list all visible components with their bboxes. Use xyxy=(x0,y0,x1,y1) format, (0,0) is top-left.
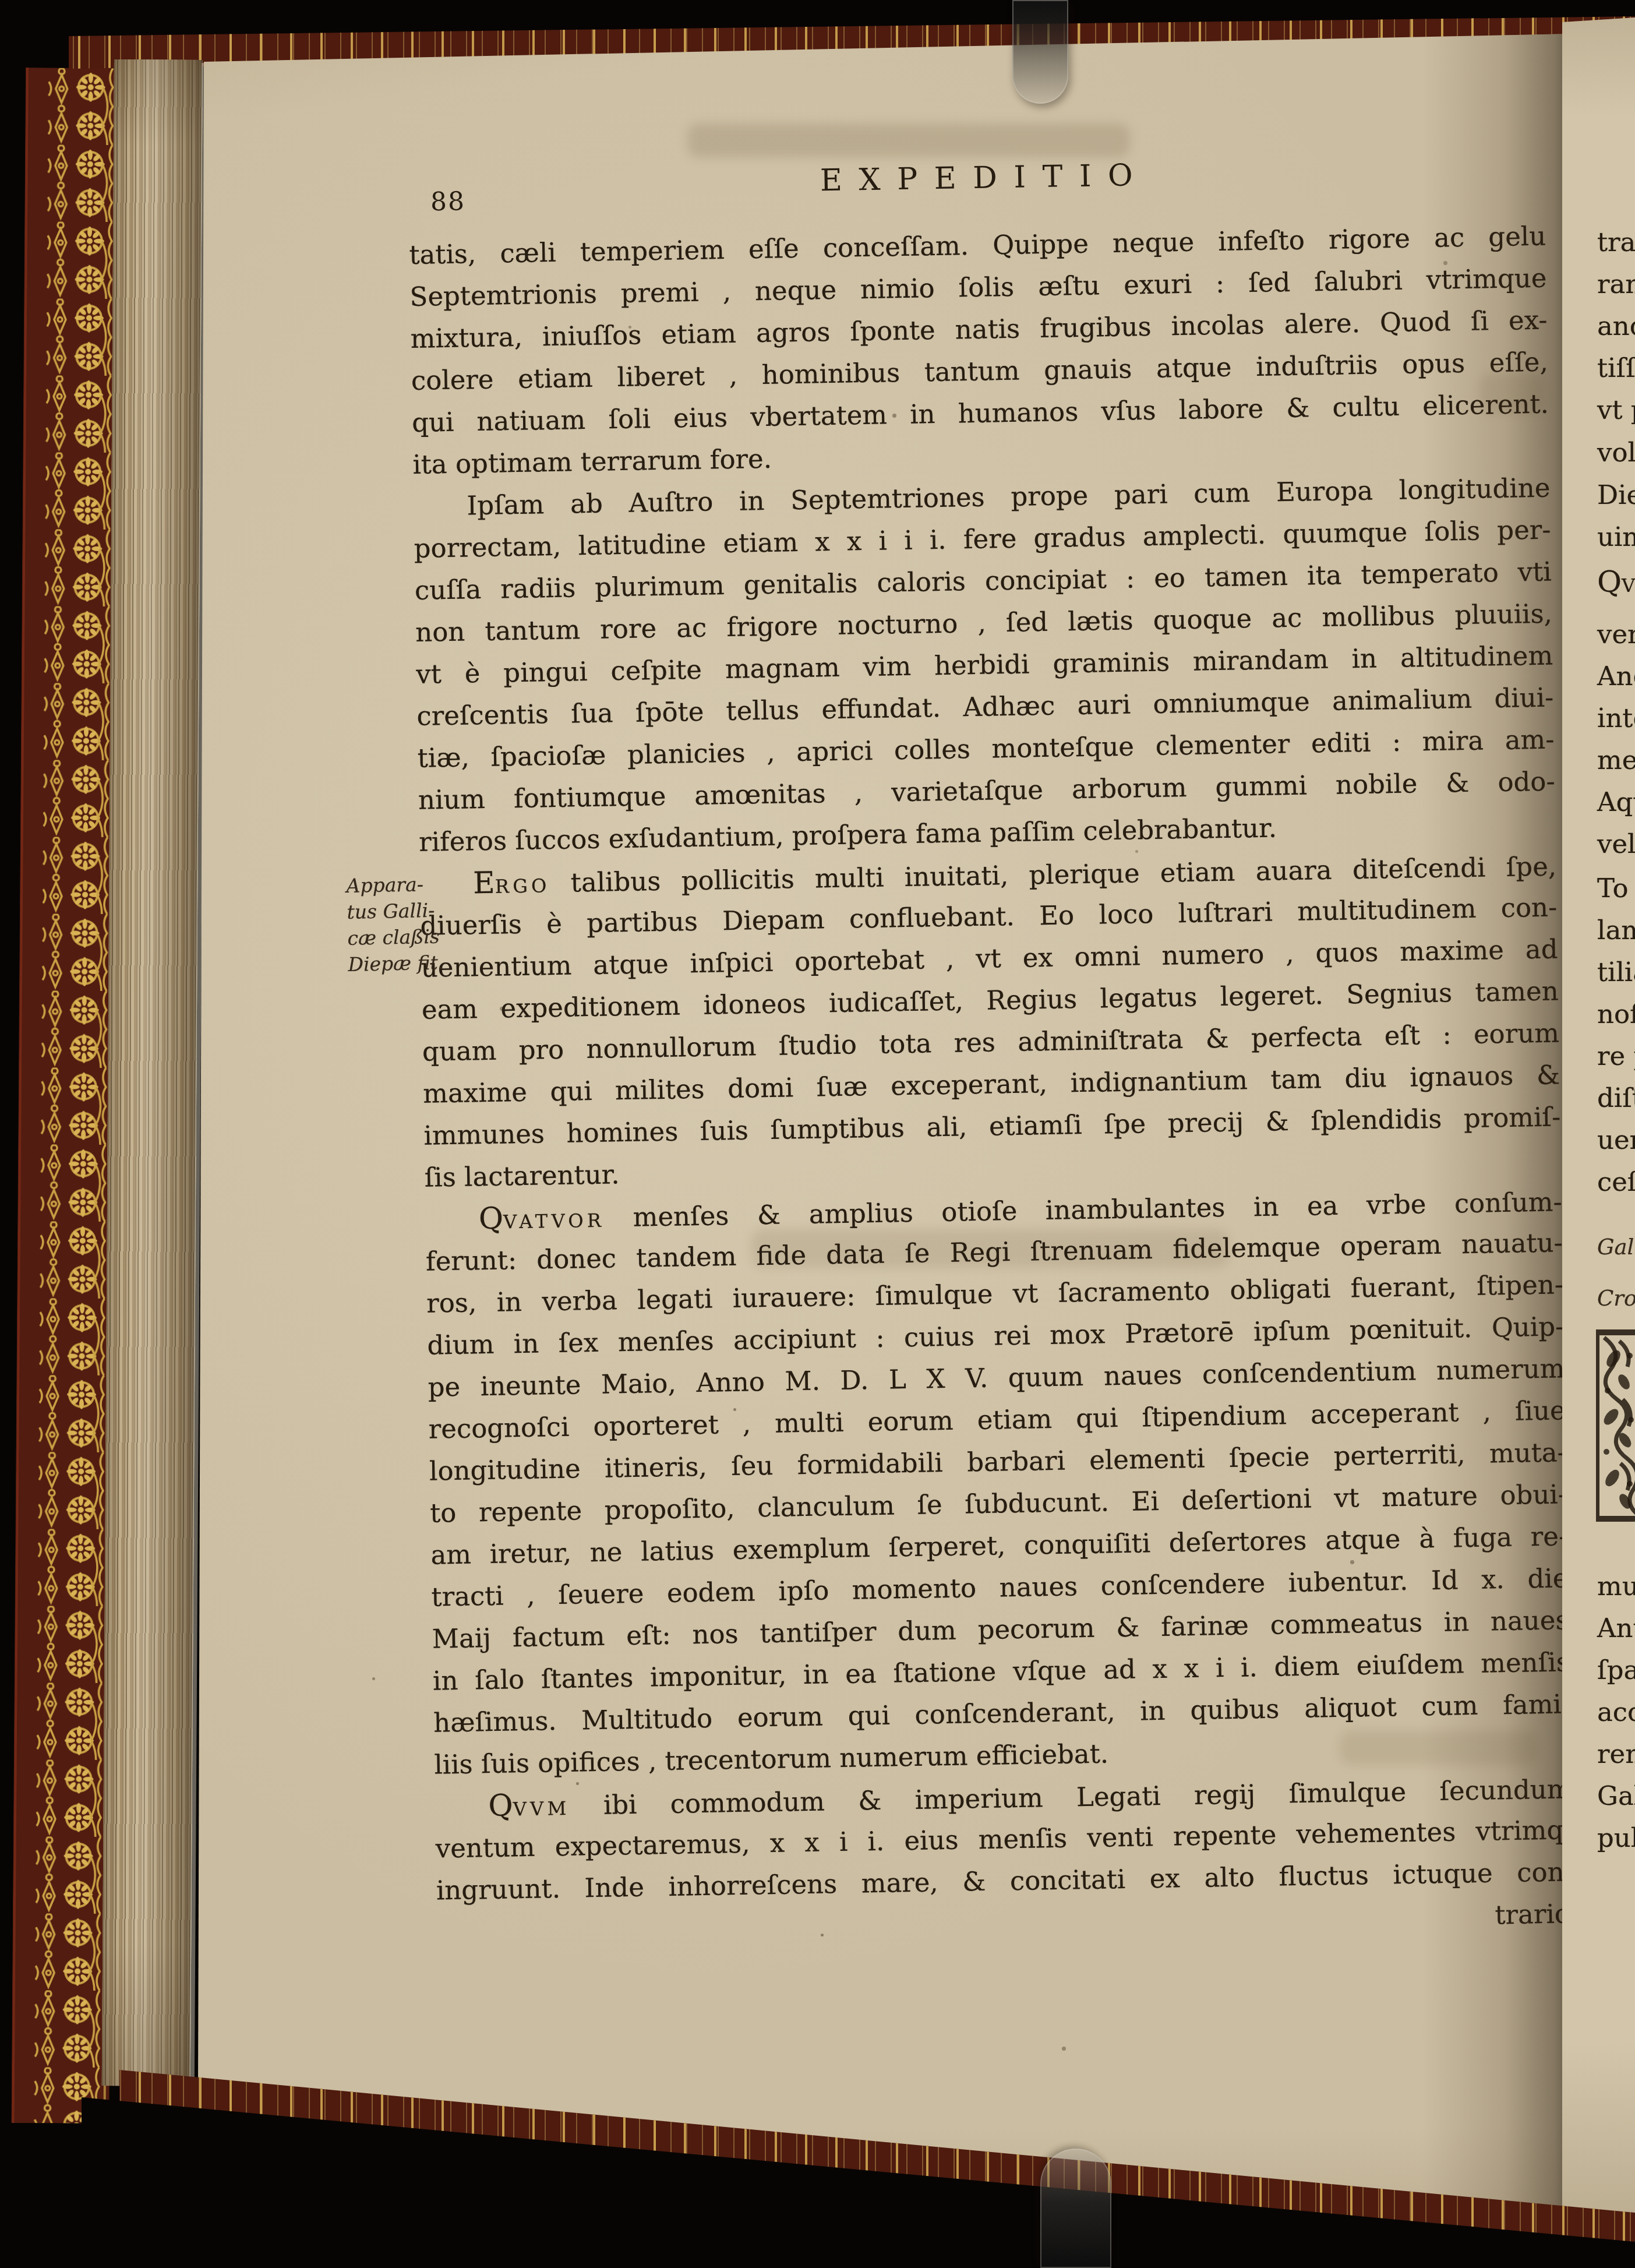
scanned-book-photo: { "book_page": { "page_number": "88", "r… xyxy=(0,0,1635,2268)
next-page-text-fragment: vt pro xyxy=(1597,391,1635,429)
margin-note-line: tus Galli- xyxy=(347,897,458,925)
next-page-text-fragment: noſtrûm xyxy=(1597,995,1635,1034)
next-page-text-fragment: ceſſime xyxy=(1597,1163,1635,1201)
margin-note-line: Appara- xyxy=(346,870,457,899)
show-through-stain xyxy=(687,124,1130,157)
next-page-text-fragment: rent,doc xyxy=(1597,1735,1635,1773)
next-page-text-fragment: vento xyxy=(1597,615,1635,654)
next-page-text-fragment: Aquilo xyxy=(1597,783,1635,821)
next-page-text-fragment: Gallica xyxy=(1597,1228,1635,1267)
next-page-text-fragment: lam au xyxy=(1597,911,1635,950)
next-page-text-fragment: Angli xyxy=(1597,657,1635,696)
next-page-text-fragment: rant xyxy=(1597,265,1635,304)
next-page-text-fragment: Croc xyxy=(1597,1279,1635,1318)
next-page-text-fragment: Antiliis xyxy=(1597,1609,1635,1648)
next-page-text-fragment: velut n xyxy=(1597,825,1635,863)
next-page-text-fragment: ſpanum xyxy=(1597,1651,1635,1689)
woodcut-initial-ornament xyxy=(1596,1329,1635,1522)
margin-note-line: Diepæ fit. xyxy=(348,949,459,978)
running-header-row: 88 EXPEDITIO xyxy=(408,151,1545,226)
next-page-text-fragment: uimus xyxy=(1597,518,1635,556)
gutter-shadow xyxy=(1421,23,1573,2237)
page-fore-edge xyxy=(102,59,203,2086)
next-page-text-fragment: anco xyxy=(1597,307,1635,345)
text-block: 88 EXPEDITIO tatis, cæli temperiem eſſe … xyxy=(408,151,1574,1954)
next-page-text-fragment: tiliarum xyxy=(1597,953,1635,992)
next-page-text-fragment: volan xyxy=(1597,433,1635,472)
next-page-text-fragment: trari xyxy=(1597,223,1635,262)
margin-note-line: cæ claßis xyxy=(347,923,458,951)
next-page-text-fragment: menſis xyxy=(1597,741,1635,779)
margin-note: Appara-tus Galli-cæ claßisDiepæ fit. xyxy=(346,870,459,978)
body-text: tatis, cæli temperiem eſſe conceſſam. Qu… xyxy=(409,216,1573,1912)
next-page-text-fragment: intelle xyxy=(1597,699,1635,738)
next-page-text-fragment: diſtare xyxy=(1597,1079,1635,1117)
paper-specks xyxy=(0,0,2,2)
page-holder-clip-bottom xyxy=(1040,2149,1111,2268)
next-page-text-fragment: re placu xyxy=(1597,1037,1635,1075)
book-page: 88 EXPEDITIO tatis, cæli temperiem eſſe … xyxy=(0,0,1635,2268)
next-page-text-fragment: Diepp xyxy=(1597,476,1635,514)
next-page-text-fragment: uertim xyxy=(1597,1121,1635,1159)
next-page-text-fragment: Qv xyxy=(1597,563,1635,601)
page-holder-clip-top xyxy=(1012,0,1068,104)
next-page-text-fragment: To xyxy=(1597,869,1629,908)
running-header: EXPEDITIO xyxy=(408,151,1545,205)
next-page-text-fragment: accepim xyxy=(1597,1693,1635,1731)
next-page-text-fragment: tiſſim xyxy=(1597,349,1635,387)
next-page-text-fragment: Gallos v xyxy=(1597,1777,1635,1815)
next-page-text-fragment: mutant xyxy=(1597,1567,1635,1606)
next-page-text-fragment: puliſſen xyxy=(1597,1819,1635,1857)
